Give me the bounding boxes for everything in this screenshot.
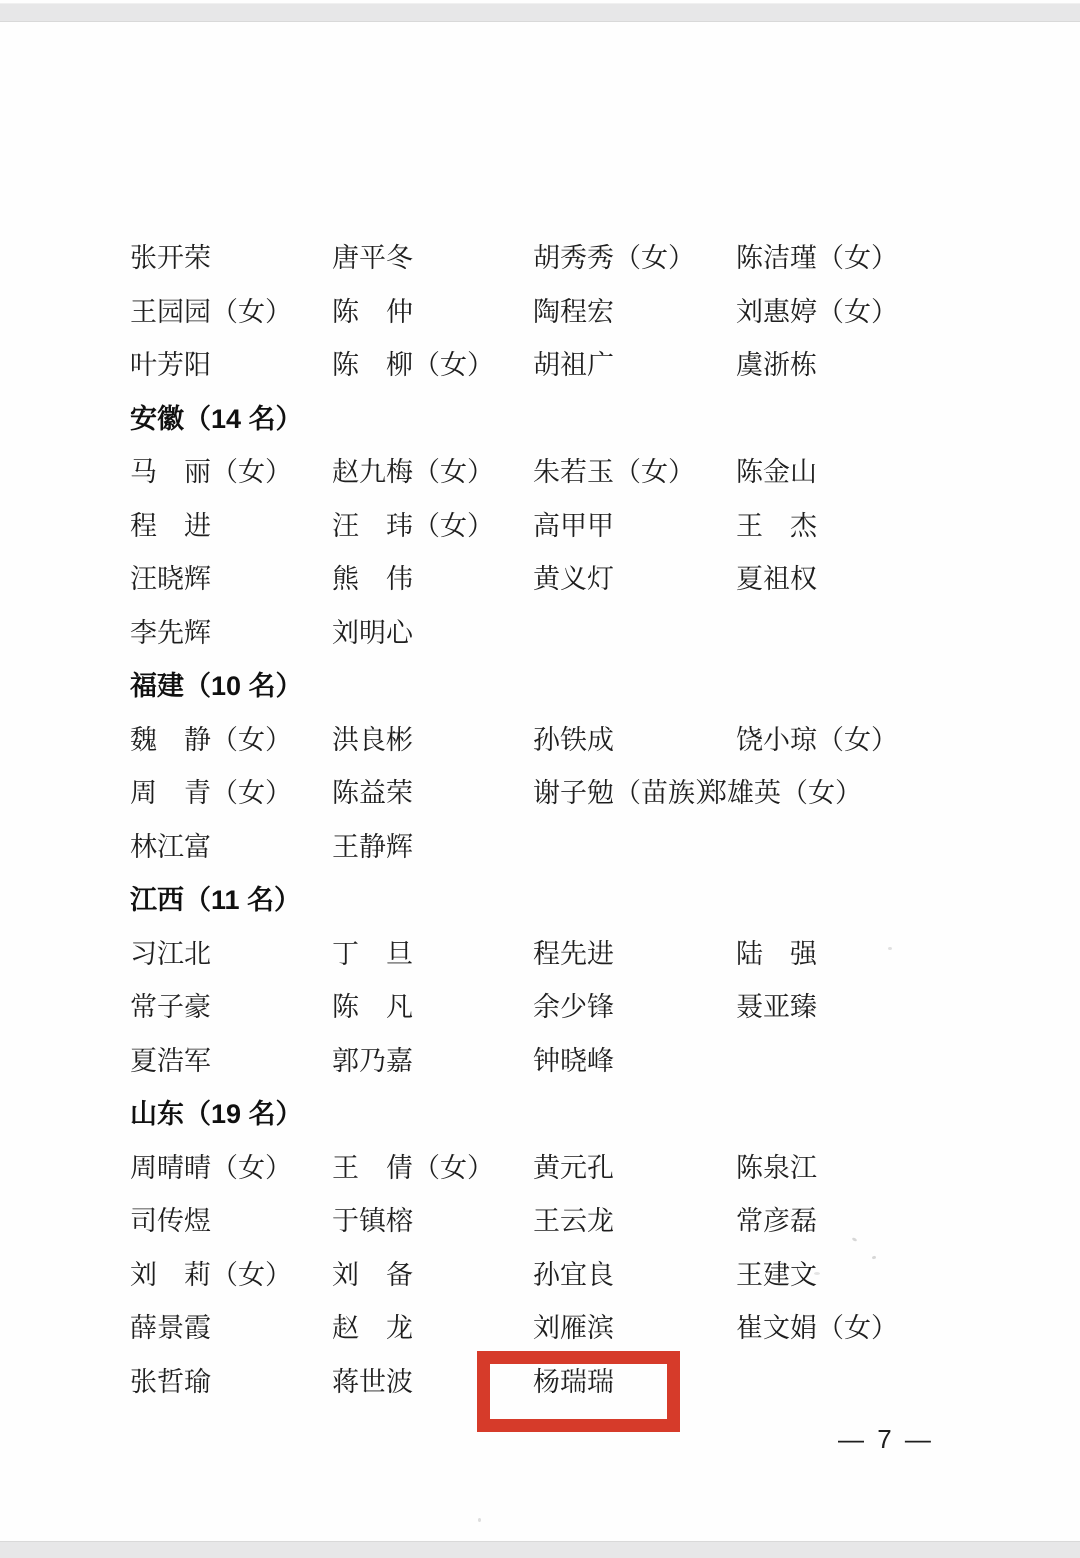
scan-noise — [814, 1272, 820, 1275]
person-name: 刘明心 — [332, 607, 413, 661]
person-name: 陈 仲 — [332, 286, 413, 340]
person-name: 朱若玉（女） — [533, 446, 695, 500]
person-name: 张哲瑜 — [130, 1356, 211, 1410]
person-name: 王建文 — [736, 1249, 817, 1303]
person-name: 汪 玮（女） — [332, 500, 494, 554]
name-row: 夏浩军郭乃嘉钟晓峰 — [0, 1035, 1080, 1089]
person-name: 陈 柳（女） — [332, 339, 494, 393]
name-row: 刘 莉（女）刘 备孙宜良王建文 — [0, 1249, 1080, 1303]
name-row: 魏 静（女）洪良彬孙铁成饶小琼（女） — [0, 714, 1080, 768]
person-name: 常彦磊 — [736, 1195, 817, 1249]
person-name: 熊 伟 — [332, 553, 413, 607]
highlight-box — [477, 1351, 680, 1432]
person-name: 司传煜 — [130, 1195, 211, 1249]
name-row: 习江北丁 旦程先进陆 强 — [0, 928, 1080, 982]
person-name: 郭乃嘉 — [332, 1035, 413, 1089]
page-number: — 7 — — [838, 1424, 934, 1455]
person-name: 习江北 — [130, 928, 211, 982]
scan-edge-bottom — [0, 1541, 1080, 1558]
person-name: 蒋世波 — [332, 1356, 413, 1410]
person-name: 赵 龙 — [332, 1302, 413, 1356]
person-name: 陆 强 — [736, 928, 817, 982]
person-name: 林江富 — [130, 821, 211, 875]
person-name: 陈洁瑾（女） — [736, 232, 898, 286]
person-name: 陈 凡 — [332, 981, 413, 1035]
person-name: 薛景霞 — [130, 1302, 211, 1356]
person-name: 王园园（女） — [130, 286, 292, 340]
person-name: 聂亚臻 — [736, 981, 817, 1035]
name-row: 薛景霞赵 龙刘雁滨崔文娟（女） — [0, 1302, 1080, 1356]
province-header: 山东（19 名） — [130, 1088, 303, 1142]
person-name: 程先进 — [533, 928, 614, 982]
province-header-row: 山东（19 名） — [0, 1088, 1080, 1142]
name-row: 程 进汪 玮（女）高甲甲王 杰 — [0, 500, 1080, 554]
province-header-row: 安徽（14 名） — [0, 393, 1080, 447]
person-name: 于镇榕 — [332, 1195, 413, 1249]
name-row: 马 丽（女）赵九梅（女）朱若玉（女）陈金山 — [0, 446, 1080, 500]
person-name: 刘雁滨 — [533, 1302, 614, 1356]
person-name: 陈金山 — [736, 446, 817, 500]
scanned-document-page: 张开荣唐平冬胡秀秀（女）陈洁瑾（女）王园园（女）陈 仲陶程宏刘惠婷（女）叶芳阳陈… — [0, 0, 1080, 1558]
person-name: 丁 旦 — [332, 928, 413, 982]
person-name: 黄元孔 — [533, 1142, 614, 1196]
name-row: 王园园（女）陈 仲陶程宏刘惠婷（女） — [0, 286, 1080, 340]
person-name: 马 丽（女） — [130, 446, 292, 500]
person-name: 钟晓峰 — [533, 1035, 614, 1089]
person-name: 余少锋 — [533, 981, 614, 1035]
person-name: 孙宜良 — [533, 1249, 614, 1303]
province-header: 福建（10 名） — [130, 660, 303, 714]
person-name: 黄义灯 — [533, 553, 614, 607]
person-name: 刘 莉（女） — [130, 1249, 292, 1303]
name-row: 汪晓辉熊 伟黄义灯夏祖权 — [0, 553, 1080, 607]
person-name: 虞浙栋 — [736, 339, 817, 393]
person-name: 王静辉 — [332, 821, 413, 875]
person-name: 夏祖权 — [736, 553, 817, 607]
person-name: 夏浩军 — [130, 1035, 211, 1089]
scan-edge-top — [0, 3, 1080, 22]
name-row: 司传煜于镇榕王云龙常彦磊 — [0, 1195, 1080, 1249]
province-header-row: 福建（10 名） — [0, 660, 1080, 714]
person-name: 饶小琼（女） — [736, 714, 898, 768]
name-row: 李先辉刘明心 — [0, 607, 1080, 661]
person-name: 叶芳阳 — [130, 339, 211, 393]
name-row: 周 青（女）陈益荣谢子勉（苗族）郑雄英（女） — [0, 767, 1080, 821]
person-name: 程 进 — [130, 500, 211, 554]
person-name: 周晴晴（女） — [130, 1142, 292, 1196]
person-name: 胡秀秀（女） — [533, 232, 695, 286]
person-name: 魏 静（女） — [130, 714, 292, 768]
person-name: 陈泉江 — [736, 1142, 817, 1196]
name-row: 周晴晴（女）王 倩（女）黄元孔陈泉江 — [0, 1142, 1080, 1196]
province-header: 安徽（14 名） — [130, 393, 303, 447]
person-name: 陈益荣 — [332, 767, 413, 821]
person-name: 郑雄英（女） — [700, 767, 862, 821]
person-name: 张开荣 — [130, 232, 211, 286]
name-row: 林江富王静辉 — [0, 821, 1080, 875]
person-name: 汪晓辉 — [130, 553, 211, 607]
person-name: 陶程宏 — [533, 286, 614, 340]
person-name: 谢子勉（苗族） — [533, 767, 722, 821]
roster-list: 张开荣唐平冬胡秀秀（女）陈洁瑾（女）王园园（女）陈 仲陶程宏刘惠婷（女）叶芳阳陈… — [0, 232, 1080, 1409]
person-name: 崔文娟（女） — [736, 1302, 898, 1356]
person-name: 王 倩（女） — [332, 1142, 494, 1196]
person-name: 洪良彬 — [332, 714, 413, 768]
person-name: 李先辉 — [130, 607, 211, 661]
person-name: 赵九梅（女） — [332, 446, 494, 500]
person-name: 胡祖广 — [533, 339, 614, 393]
person-name: 高甲甲 — [533, 500, 614, 554]
scan-noise — [478, 1518, 481, 1522]
person-name: 王 杰 — [736, 500, 817, 554]
province-header: 江西（11 名） — [130, 874, 301, 928]
person-name: 唐平冬 — [332, 232, 413, 286]
person-name: 刘 备 — [332, 1249, 413, 1303]
person-name: 刘惠婷（女） — [736, 286, 898, 340]
name-row: 叶芳阳陈 柳（女）胡祖广虞浙栋 — [0, 339, 1080, 393]
person-name: 周 青（女） — [130, 767, 292, 821]
name-row: 常子豪陈 凡余少锋聂亚臻 — [0, 981, 1080, 1035]
person-name: 常子豪 — [130, 981, 211, 1035]
scan-noise — [888, 947, 892, 950]
person-name: 王云龙 — [533, 1195, 614, 1249]
province-header-row: 江西（11 名） — [0, 874, 1080, 928]
name-row: 张开荣唐平冬胡秀秀（女）陈洁瑾（女） — [0, 232, 1080, 286]
person-name: 孙铁成 — [533, 714, 614, 768]
